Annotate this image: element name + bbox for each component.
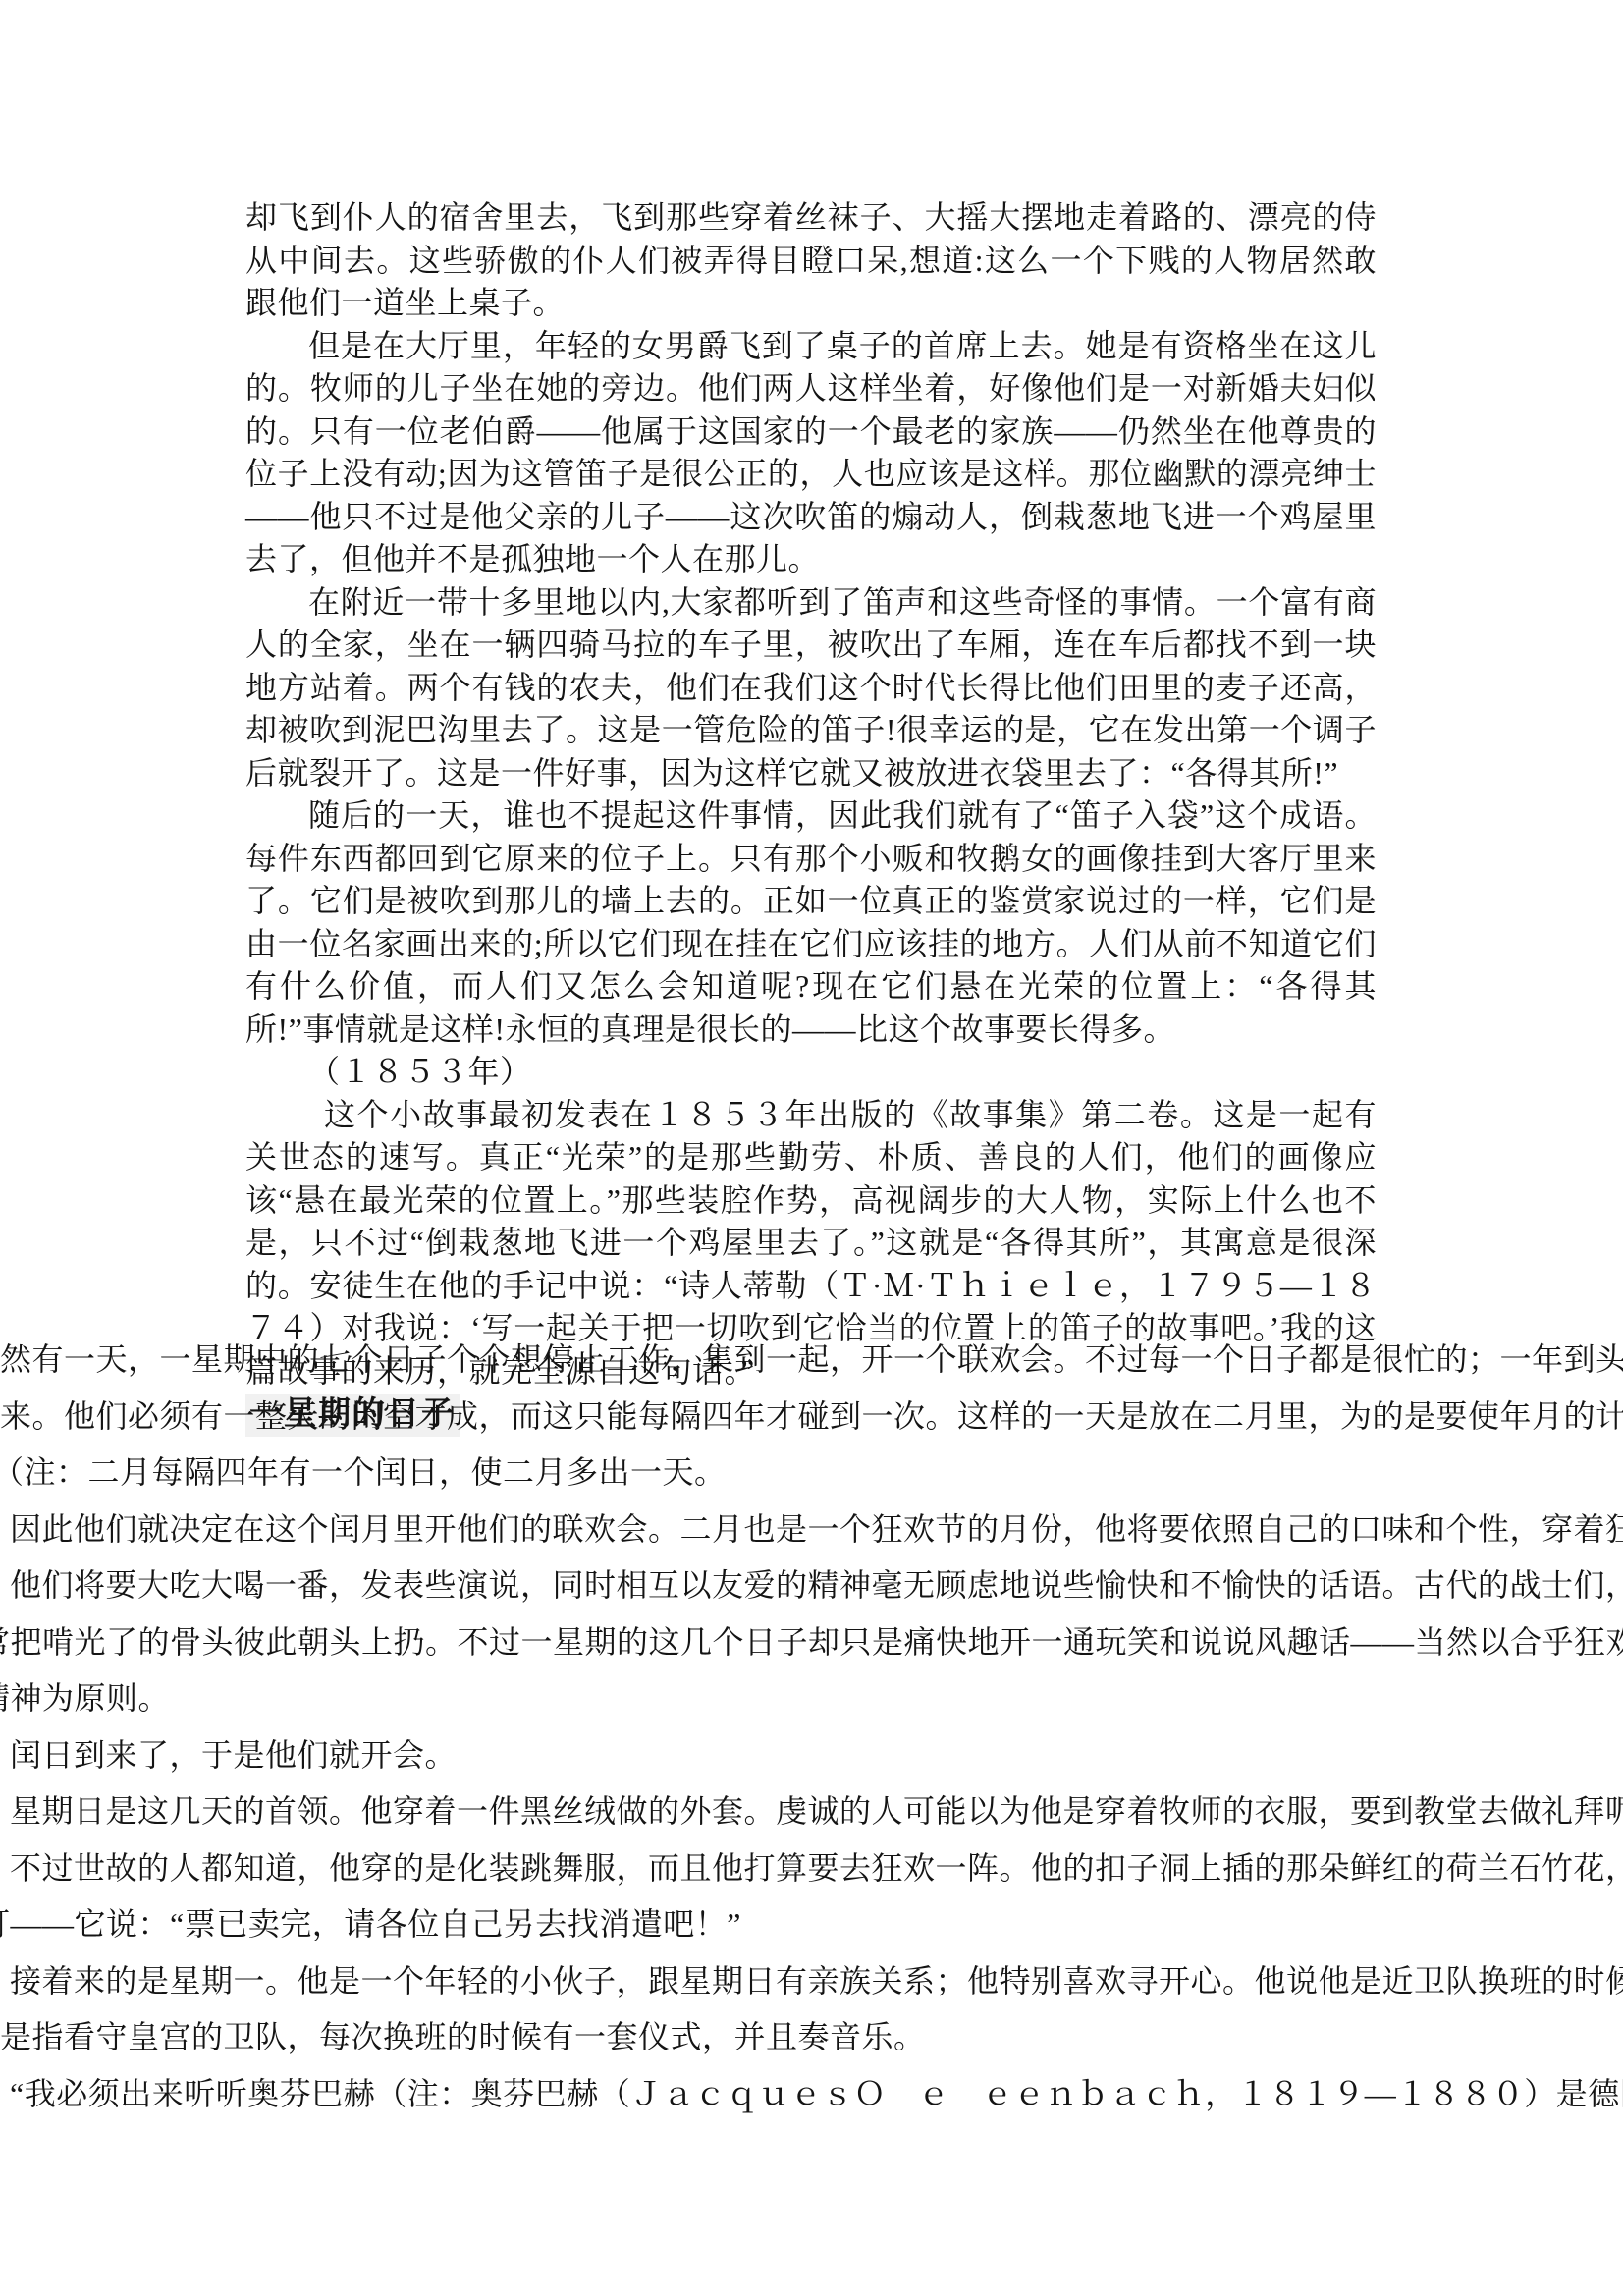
- next-story-line-7: 精神为原则。: [0, 1670, 1623, 1727]
- document-page: 却飞到仆人的宿舍里去，飞到那些穿着丝袜子、大摇大摆地走着路的、漂亮的侍从中间去。…: [0, 0, 1623, 2296]
- next-story-line-12: 接着来的是星期一。他是一个年轻的小伙子，跟星期日有亲族关系；他特别喜欢寻开心。他…: [10, 1953, 1623, 2010]
- story-paragraph-1: 却飞到仆人的宿舍里去，飞到那些穿着丝袜子、大摇大摆地走着路的、漂亮的侍从中间去。…: [245, 196, 1377, 325]
- story-paragraph-2: 但是在大厅里，年轻的女男爵飞到了桌子的首席上去。她是有资格坐在这儿的。牧师的儿子…: [245, 325, 1377, 581]
- next-story-line-4: 因此他们就决定在这个闰月里开他们的联欢会。二月也是一个狂欢节的月份，他将要依照自…: [10, 1502, 1623, 1558]
- next-story-line-14: “我必须出来听听奥芬巴赫（注：奥芬巴赫（ＪａｃｑｕｅｓＯ ｅ ｅｅｎｂａｃｈ，１…: [10, 2066, 1623, 2123]
- next-story-line-1: 然有一天，一星期中的七个日子个个想停止工作，集到一起，开一个联欢会。不过每一个日…: [0, 1332, 1623, 1389]
- next-story-line-13: 是指看守皇宫的卫队，每次换班的时候有一套仪式，并且奏音乐。: [0, 2009, 1623, 2066]
- next-story-line-6: 常把啃光了的骨头彼此朝头上扔。不过一星期的这几个日子却只是痛快地开一通玩笑和说说…: [0, 1614, 1623, 1671]
- next-story-line-10: 不过世故的人都知道，他穿的是化装跳舞服，而且他打算要去狂欢一阵。他的扣子洞上插的…: [10, 1840, 1623, 1897]
- next-story-line-5: 他们将要大吃大喝一番，发表些演说，同时相互以友爱的精神毫无顾虑地说些愉快和不愉快…: [10, 1558, 1623, 1614]
- next-story-line-9: 星期日是这几天的首领。他穿着一件黑丝绒做的外套。虔诚的人可能以为他是穿着牧师的衣…: [10, 1783, 1623, 1840]
- next-story-line-11: 灯——它说：“票已卖完，请各位自己另去找消遣吧！”: [0, 1896, 1623, 1953]
- story-paragraph-3: 在附近一带十多里地以内,大家都听到了笛声和这些奇怪的事情。一个富有商人的全家，坐…: [245, 581, 1377, 795]
- story-end-section: 却飞到仆人的宿舍里去，飞到那些穿着丝袜子、大摇大摆地走着路的、漂亮的侍从中间去。…: [245, 196, 1377, 1437]
- next-story-line-8: 闰日到来了，于是他们就开会。: [10, 1727, 1623, 1784]
- story-paragraph-5: （１８５３年）: [245, 1051, 1377, 1094]
- next-story-line-2: 来。他们必须有一整天的闲空才成，而这只能每隔四年才碰到一次。这样的一天是放在二月…: [0, 1389, 1623, 1446]
- next-story-section: 然有一天，一星期中的七个日子个个想停止工作，集到一起，开一个联欢会。不过每一个日…: [0, 1332, 1623, 2122]
- next-story-line-3: （注：二月每隔四年有一个闰日，使二月多出一天。: [0, 1445, 1623, 1502]
- story-paragraph-4: 随后的一天，谁也不提起这件事情，因此我们就有了“笛子入袋”这个成语。每件东西都回…: [245, 794, 1377, 1051]
